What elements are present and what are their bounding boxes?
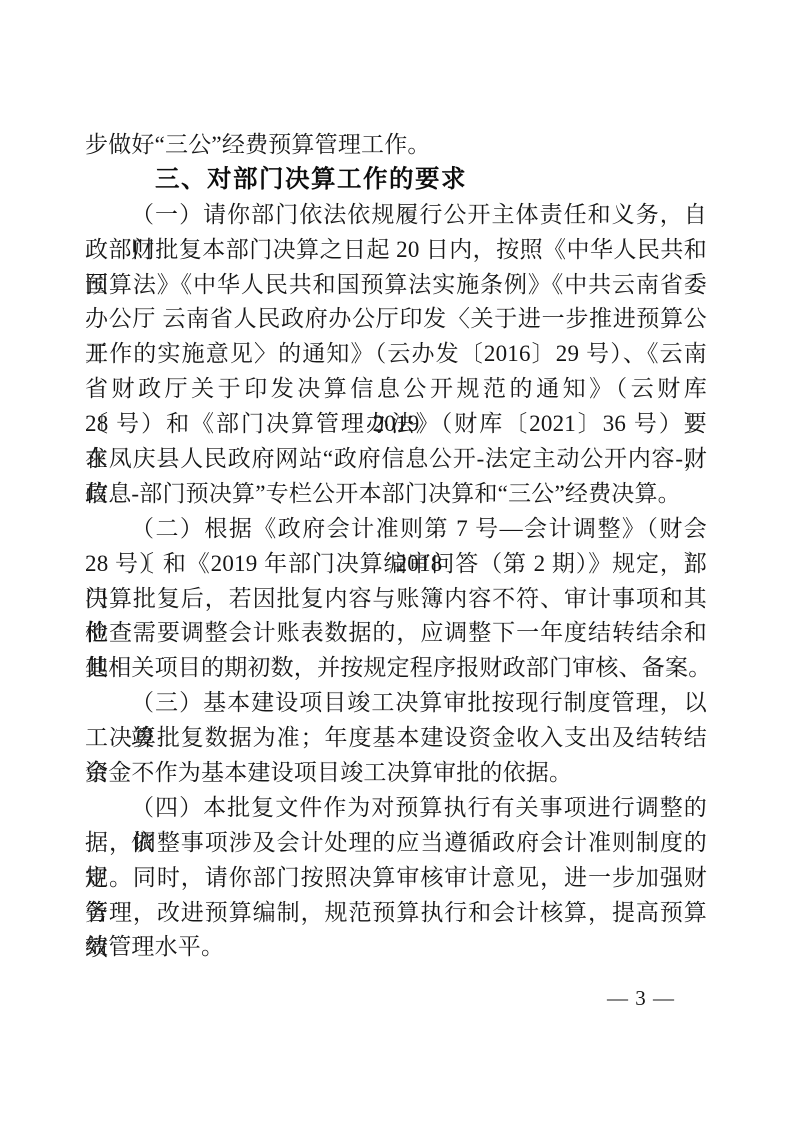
- body-line: 效管理水平。: [85, 930, 707, 965]
- body-line: 省财政厅关于印发决算信息公开规范的通知》（云财库〔2019〕: [85, 372, 707, 407]
- body-line: 步做好“三公”经费预算管理工作。: [85, 128, 707, 163]
- page-number: — 3 —: [85, 983, 707, 1013]
- body-line: 资金不作为基本建设项目竣工决算审批的依据。: [85, 756, 707, 791]
- body-line-paragraph-start: （一）请你部门依法依规履行公开主体责任和义务，自财: [85, 198, 707, 233]
- body-line: 据，调整事项涉及会计处理的应当遵循政府会计准则制度的规: [85, 826, 707, 861]
- body-line-paragraph-start: （四）本批复文件作为对预算执行有关事项进行调整的依: [85, 791, 707, 826]
- body-line: 预算法》《中华人民共和国预算法实施条例》《中共云南省委: [85, 268, 707, 303]
- section-heading: 三、对部门决算工作的要求: [85, 163, 707, 198]
- body-line: 在凤庆县人民政府网站“政府信息公开-法定主动公开内容-财政: [85, 442, 707, 477]
- body-line: 政部门批复本部门决算之日起 20 日内，按照《中华人民共和国: [85, 233, 707, 268]
- body-line-paragraph-start: （三）基本建设项目竣工决算审批按现行制度管理，以竣: [85, 686, 707, 721]
- body-line-paragraph-start: （二）根据《政府会计准则第 7 号—会计调整》（财会〔2018〕: [85, 512, 707, 547]
- document-text-block: 步做好“三公”经费预算管理工作。 三、对部门决算工作的要求 （一）请你部门依法依…: [85, 128, 707, 1013]
- body-line: 28 号）和《2019 年部门决算编审问答（第 2 期）》规定，部门: [85, 547, 707, 582]
- body-line: 28 号）和《部门决算管理办法》（财库〔2021〕36 号）要求，: [85, 407, 707, 442]
- body-line: 管理，改进预算编制，规范预算执行和会计核算，提高预算绩: [85, 896, 707, 931]
- body-line: 工决算批复数据为准；年度基本建设资金收入支出及结转结余: [85, 721, 707, 756]
- body-line: 信息-部门预决算”专栏公开本部门决算和“三公”经费决算。: [85, 477, 707, 512]
- body-line: 决算批复后，若因批复内容与账簿内容不符、审计事项和其他: [85, 582, 707, 617]
- body-line: 定。同时，请你部门按照决算审核审计意见，进一步加强财务: [85, 861, 707, 896]
- body-line: 他相关项目的期初数，并按规定程序报财政部门审核、备案。: [85, 651, 707, 686]
- body-line: 工作的实施意见〉的通知》（云办发〔2016〕29 号）、《云南: [85, 337, 707, 372]
- document-page: 步做好“三公”经费预算管理工作。 三、对部门决算工作的要求 （一）请你部门依法依…: [0, 0, 789, 1122]
- body-line: 检查需要调整会计账表数据的，应调整下一年度结转结余和其: [85, 616, 707, 651]
- body-line: 办公厅 云南省人民政府办公厅印发〈关于进一步推进预算公开: [85, 302, 707, 337]
